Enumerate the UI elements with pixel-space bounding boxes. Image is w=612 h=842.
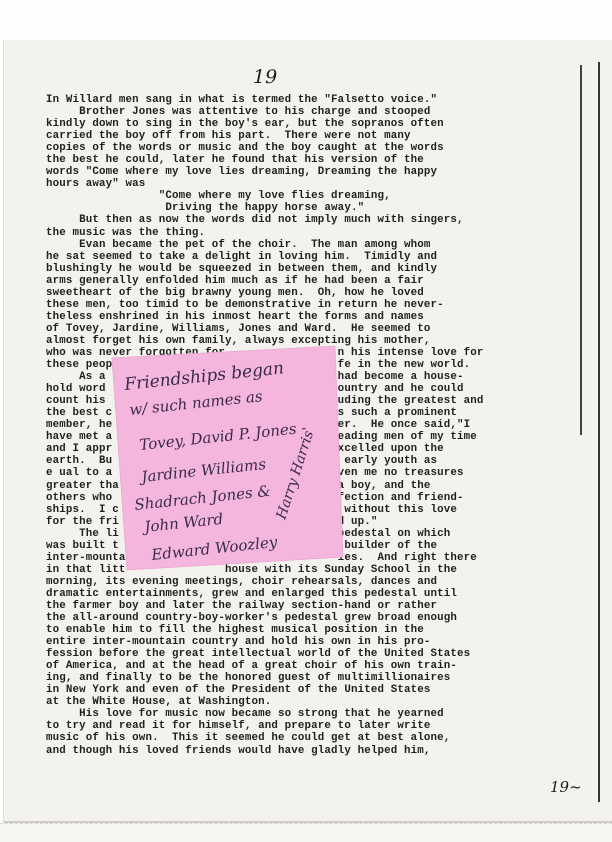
text-line: hold word country and he could bbox=[46, 383, 526, 395]
text-line: the best c as such a prominent bbox=[46, 407, 526, 419]
text-line: His love for music now became so strong … bbox=[46, 708, 526, 720]
text-line: the all-around country-boy-worker's pede… bbox=[46, 612, 526, 624]
text-line: member, he ver. He once said,"I bbox=[46, 419, 526, 431]
text-line: earth. Bu y early youth as bbox=[46, 455, 526, 467]
text-line: the music was the thing. bbox=[46, 227, 526, 239]
text-line: theless enshrined in his inmost heart th… bbox=[46, 311, 526, 323]
text-line: greater tha a boy, and the bbox=[46, 480, 526, 492]
typewritten-text: In Willard men sang in what is termed th… bbox=[46, 94, 526, 757]
text-line: for the fri od up." bbox=[46, 516, 526, 528]
text-line: hours away" was bbox=[46, 178, 526, 190]
text-line: fession before the great intellectual wo… bbox=[46, 648, 526, 660]
text-line: In Willard men sang in what is termed th… bbox=[46, 94, 526, 106]
text-line: in that litt house with its Sunday Schoo… bbox=[46, 564, 526, 576]
text-line: Brother Jones was attentive to his charg… bbox=[46, 106, 526, 118]
text-line: these men, too timid to be demonstrative… bbox=[46, 299, 526, 311]
text-line: The li pedestal on which bbox=[46, 528, 526, 540]
text-line: to try and read it for himself, and prep… bbox=[46, 720, 526, 732]
text-line: who was never forgotten for n his intens… bbox=[46, 347, 526, 359]
text-line: morning, its evening meetings, choir reh… bbox=[46, 576, 526, 588]
text-line: of Tovey, Jardine, Williams, Jones and W… bbox=[46, 323, 526, 335]
text-line: almost forget his own family, always exc… bbox=[46, 335, 526, 347]
text-line: in New York and even of the President of… bbox=[46, 684, 526, 696]
text-line: he sat seemed to take a delight in lovin… bbox=[46, 251, 526, 263]
text-line: and though his loved friends would have … bbox=[46, 745, 526, 757]
top-page-number: 19 bbox=[253, 66, 277, 88]
text-line: was built t c-builder of the bbox=[46, 540, 526, 552]
margin-rule-line bbox=[598, 62, 600, 802]
text-line: But then as now the words did not imply … bbox=[46, 214, 526, 226]
text-line: others who ffection and friend- bbox=[46, 492, 526, 504]
text-line: entire inter-mountain country and hold h… bbox=[46, 636, 526, 648]
text-line: these people fe in the new world. bbox=[46, 359, 526, 371]
text-line: music of his own. This it seemed he coul… bbox=[46, 732, 526, 744]
text-line: inter-mounta ies. And right there bbox=[46, 552, 526, 564]
text-line: As a had become a house- bbox=[46, 371, 526, 383]
text-line: the best he could, later he found that h… bbox=[46, 154, 526, 166]
text-line: ing, and finally to be the honored guest… bbox=[46, 672, 526, 684]
text-line: Evan became the pet of the choir. The ma… bbox=[46, 239, 526, 251]
text-line: dramatic entertainments, grew and enlarg… bbox=[46, 588, 526, 600]
text-line: count his luding the greatest and bbox=[46, 395, 526, 407]
text-line: arms generally enfolded him much as if h… bbox=[46, 275, 526, 287]
text-line: sweetheart of the big brawny young men. … bbox=[46, 287, 526, 299]
text-line: at the White House, at Washington. bbox=[46, 696, 526, 708]
text-line: copies of the words or music and the boy… bbox=[46, 142, 526, 154]
text-line: e ual to a iven me no treasures bbox=[46, 467, 526, 479]
text-line: carried the boy off from his part. There… bbox=[46, 130, 526, 142]
text-line: and I appr excelled upon the bbox=[46, 443, 526, 455]
bottom-page-number: 19~ bbox=[550, 778, 582, 796]
margin-mark-line bbox=[580, 65, 582, 435]
text-line: Driving the happy horse away." bbox=[46, 202, 526, 214]
text-line: the farmer boy and later the railway sec… bbox=[46, 600, 526, 612]
text-line: blushingly he would be squeezed in betwe… bbox=[46, 263, 526, 275]
text-line: of America, and at the head of a great c… bbox=[46, 660, 526, 672]
text-line: kindly down to sing in the boy's ear, bu… bbox=[46, 118, 526, 130]
text-line: words "Come where my love lies dreaming,… bbox=[46, 166, 526, 178]
text-line: to enable him to fill the highest musica… bbox=[46, 624, 526, 636]
text-line: have met a leading men of my time bbox=[46, 431, 526, 443]
text-line: "Come where my love flies dreaming, bbox=[46, 190, 526, 202]
text-line: ships. I c g without this love bbox=[46, 504, 526, 516]
page-bottom-edge bbox=[0, 823, 612, 842]
